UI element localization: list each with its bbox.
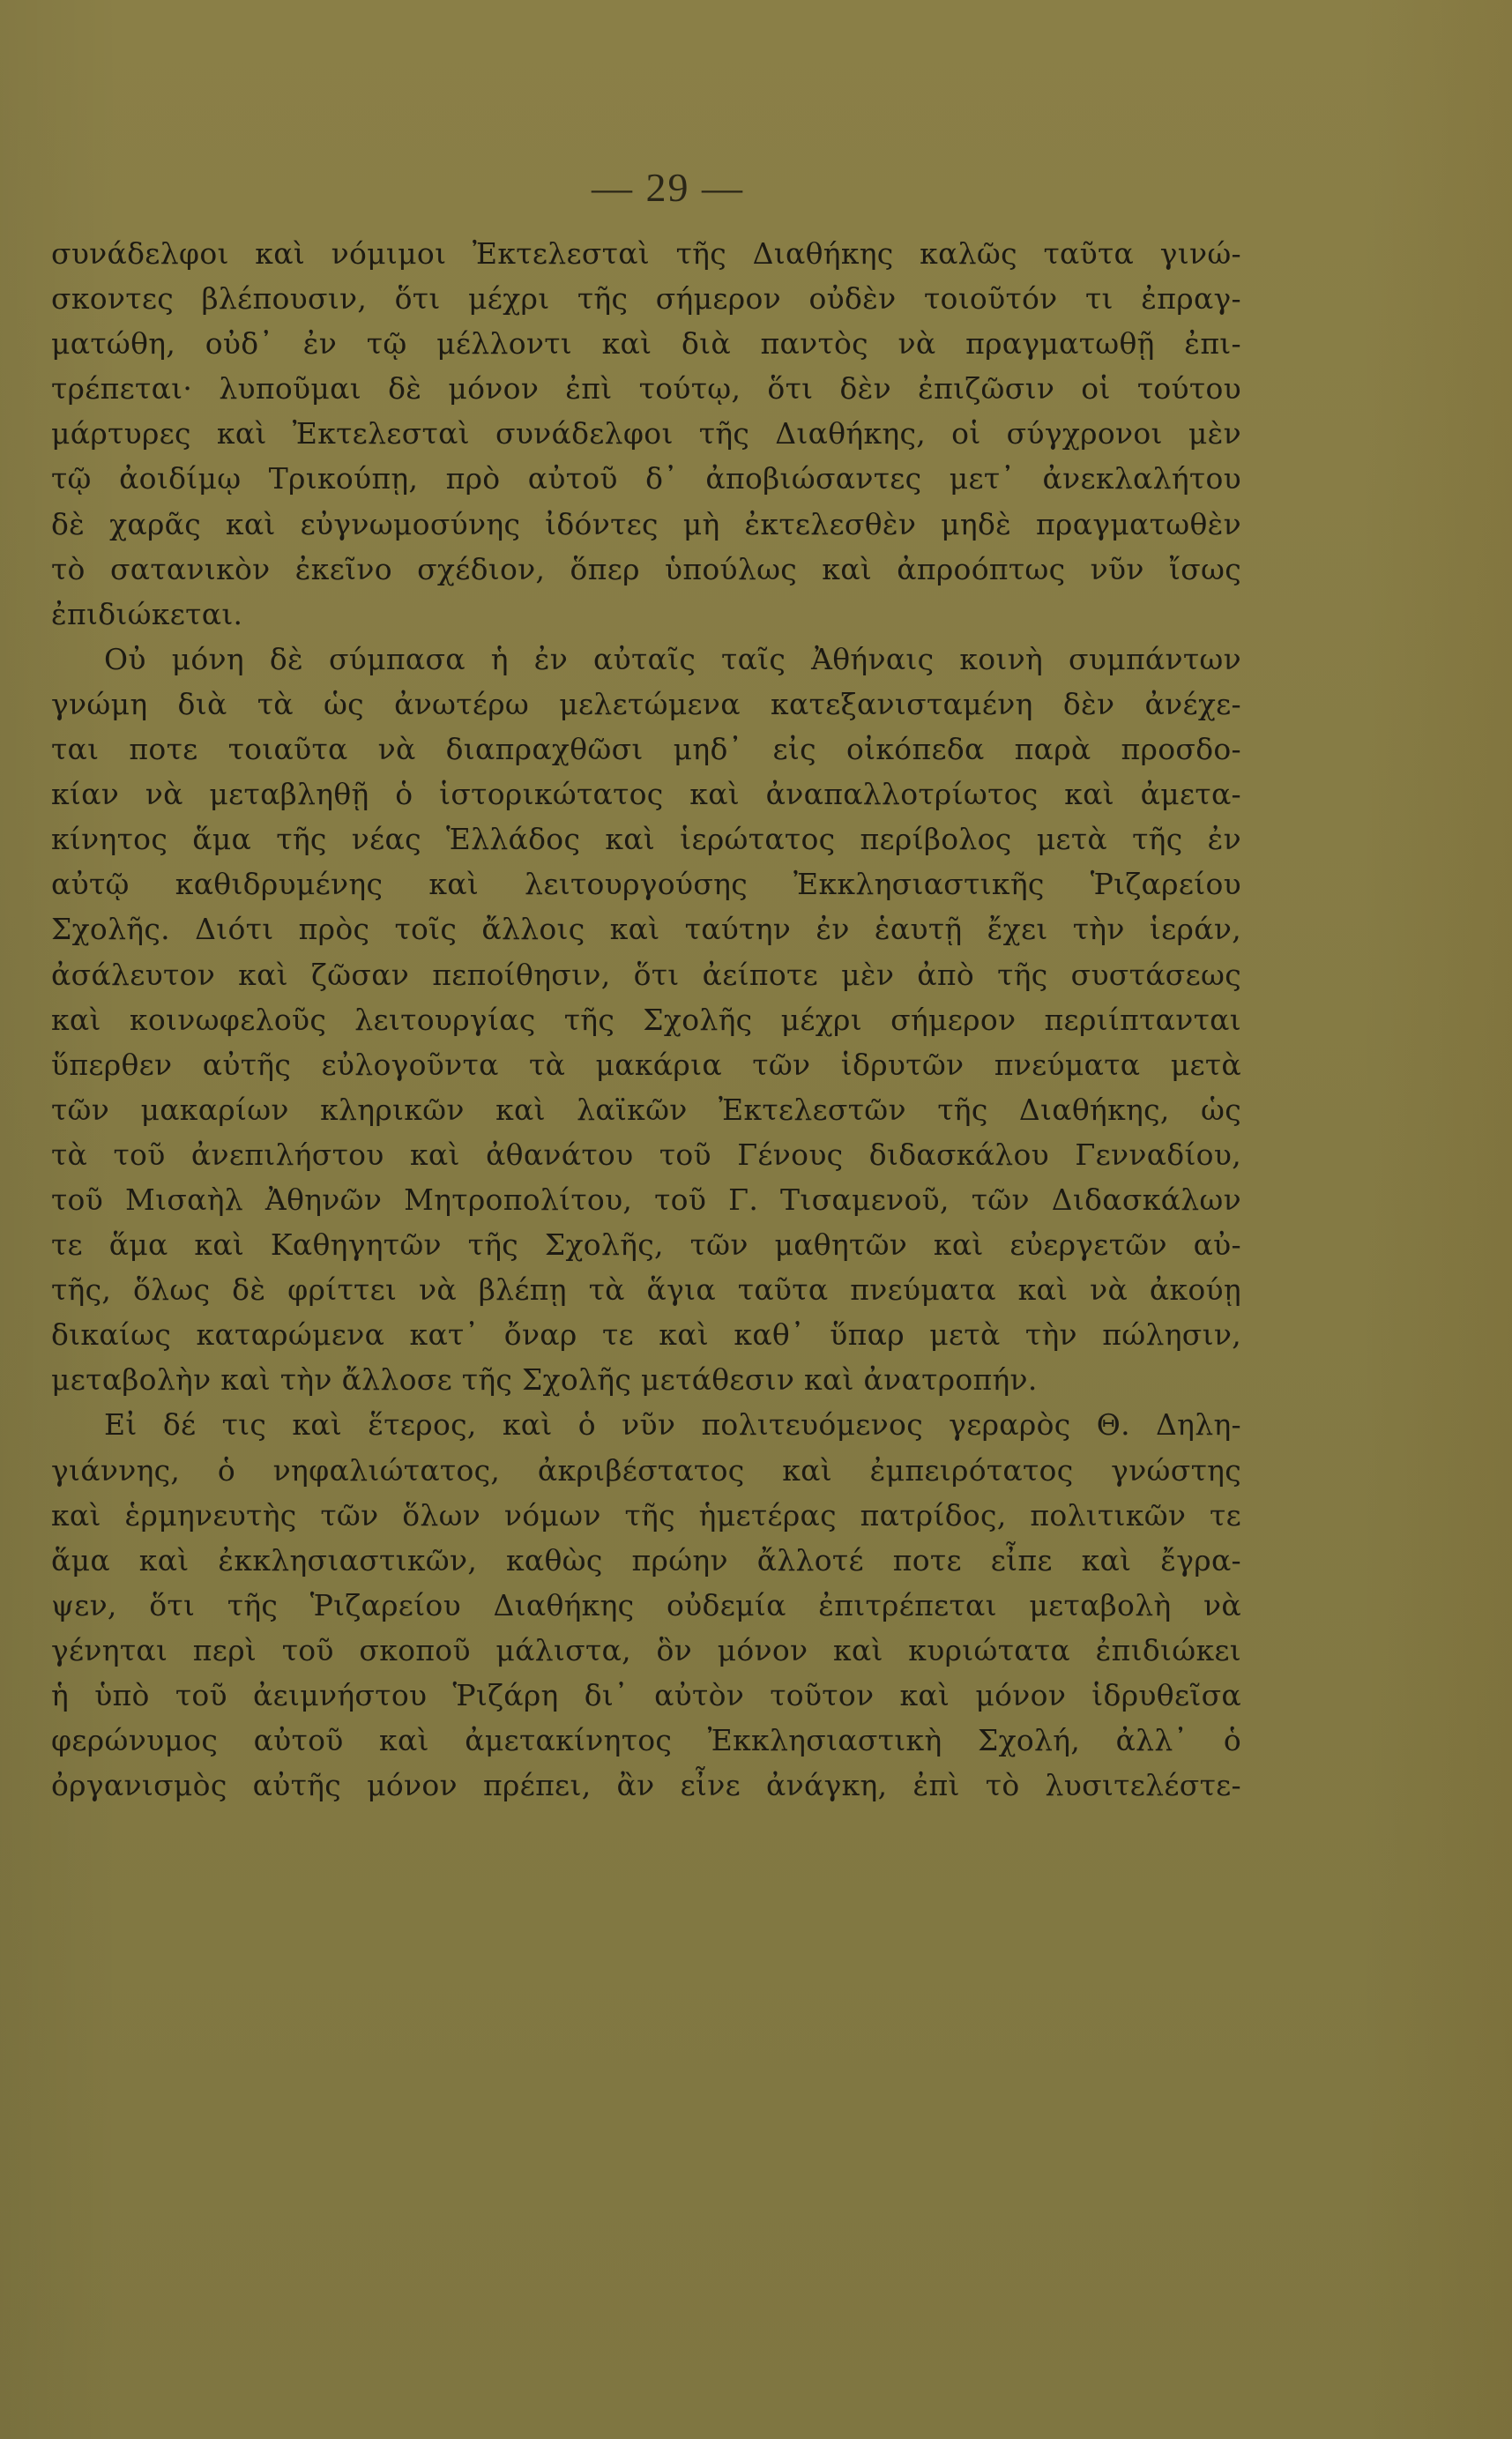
- text-line: ὀργανισμὸς αὐτῆς μόνον πρέπει, ἂν εἶνε ἀ…: [51, 1763, 1241, 1808]
- text-line: ἡ ὑπὸ τοῦ ἀειμνήστου Ῥιζάρη δι᾽ αὐτὸν το…: [51, 1673, 1241, 1718]
- text-line: ἐπιδιώκεται.: [51, 592, 1241, 637]
- text-line: κίνητος ἅμα τῆς νέας Ἑλλάδος καὶ ἱερώτατ…: [51, 817, 1241, 861]
- text-line: τὰ τοῦ ἀνεπιλήστου καὶ ἀθανάτου τοῦ Γένο…: [51, 1132, 1241, 1177]
- text-line: αὐτῷ καθιδρυμένης καὶ λειτουργούσης Ἐκκλ…: [51, 861, 1241, 906]
- text-line: καὶ κοινωφελοῦς λειτουργίας τῆς Σχολῆς μ…: [51, 997, 1241, 1042]
- text-line: δὲ χαρᾶς καὶ εὐγνωμοσύνης ἰδόντες μὴ ἐκτ…: [51, 502, 1241, 547]
- scanned-page: — 29 — συνάδελφοι καὶ νόμιμοι Ἐκτελεσταὶ…: [0, 0, 1512, 2439]
- text-line: ὕπερθεν αὐτῆς εὐλογοῦντα τὰ μακάρια τῶν …: [51, 1042, 1241, 1087]
- text-line: τε ἅμα καὶ Καθηγητῶν τῆς Σχολῆς, τῶν μαθ…: [51, 1222, 1241, 1267]
- text-line: τῶν μακαρίων κληρικῶν καὶ λαϊκῶν Ἐκτελεσ…: [51, 1087, 1241, 1132]
- text-line: καὶ ἑρμηνευτὴς τῶν ὅλων νόμων τῆς ἡμετέρ…: [51, 1493, 1241, 1538]
- text-line: ἀσάλευτον καὶ ζῶσαν πεποίθησιν, ὅτι ἀείπ…: [51, 952, 1241, 997]
- text-line: τὸ σατανικὸν ἐκεῖνο σχέδιον, ὅπερ ὑπούλω…: [51, 547, 1241, 592]
- text-line: ἅμα καὶ ἐκκλησιαστικῶν, καθὼς πρώην ἄλλο…: [51, 1538, 1241, 1583]
- text-line: τρέπεται· λυποῦμαι δὲ μόνον ἐπὶ τούτῳ, ὅ…: [51, 366, 1241, 411]
- text-line: Εἰ δέ τις καὶ ἕτερος, καὶ ὁ νῦν πολιτευό…: [51, 1402, 1241, 1447]
- text-line: Σχολῆς. Διότι πρὸς τοῖς ἄλλοις καὶ ταύτη…: [51, 906, 1241, 951]
- text-line: Οὐ μόνη δὲ σύμπασα ἡ ἐν αὐταῖς ταῖς Ἀθήν…: [51, 637, 1241, 682]
- text-line: δικαίως καταρώμενα κατ᾽ ὄναρ τε καὶ καθ᾽…: [51, 1312, 1241, 1357]
- text-line: συνάδελφοι καὶ νόμιμοι Ἐκτελεσταὶ τῆς Δι…: [51, 231, 1241, 276]
- text-line: ται ποτε τοιαῦτα νὰ διαπραχθῶσι μηδ᾽ εἰς…: [51, 727, 1241, 772]
- text-line: ματώθη, οὐδ᾽ ἐν τῷ μέλλοντι καὶ διὰ παντ…: [51, 321, 1241, 366]
- body-text: συνάδελφοι καὶ νόμιμοι Ἐκτελεσταὶ τῆς Δι…: [51, 231, 1241, 1808]
- text-line: σκοντες βλέπουσιν, ὅτι μέχρι τῆς σήμερον…: [51, 276, 1241, 321]
- page-number: — 29 —: [0, 164, 1424, 211]
- text-line: τῆς, ὅλως δὲ φρίττει νὰ βλέπῃ τὰ ἅγια τα…: [51, 1267, 1241, 1312]
- text-line: μάρτυρες καὶ Ἐκτελεσταὶ συνάδελφοι τῆς Δ…: [51, 411, 1241, 456]
- text-line: ψεν, ὅτι τῆς Ῥιζαρείου Διαθήκης οὐδεμία …: [51, 1583, 1241, 1628]
- paragraph-3: Εἰ δέ τις καὶ ἕτερος, καὶ ὁ νῦν πολιτευό…: [51, 1402, 1241, 1808]
- paragraph-2: Οὐ μόνη δὲ σύμπασα ἡ ἐν αὐταῖς ταῖς Ἀθήν…: [51, 637, 1241, 1403]
- text-line: γνώμη διὰ τὰ ὡς ἀνωτέρω μελετώμενα κατεξ…: [51, 682, 1241, 727]
- text-line: γένηται περὶ τοῦ σκοποῦ μάλιστα, ὃν μόνο…: [51, 1628, 1241, 1673]
- text-line: τοῦ Μισαὴλ Ἀθηνῶν Μητροπολίτου, τοῦ Γ. Τ…: [51, 1177, 1241, 1222]
- text-line: μεταβολὴν καὶ τὴν ἄλλοσε τῆς Σχολῆς μετά…: [51, 1357, 1241, 1402]
- text-line: γιάννης, ὁ νηφαλιώτατος, ἀκριβέστατος κα…: [51, 1448, 1241, 1493]
- text-line: κίαν νὰ μεταβληθῇ ὁ ἱστορικώτατος καὶ ἀν…: [51, 772, 1241, 817]
- text-line: τῷ ἀοιδίμῳ Τρικούπῃ, πρὸ αὐτοῦ δ᾽ ἀποβιώ…: [51, 456, 1241, 501]
- paragraph-1: συνάδελφοι καὶ νόμιμοι Ἐκτελεσταὶ τῆς Δι…: [51, 231, 1241, 637]
- text-line: φερώνυμος αὐτοῦ καὶ ἀμετακίνητος Ἐκκλησι…: [51, 1718, 1241, 1763]
